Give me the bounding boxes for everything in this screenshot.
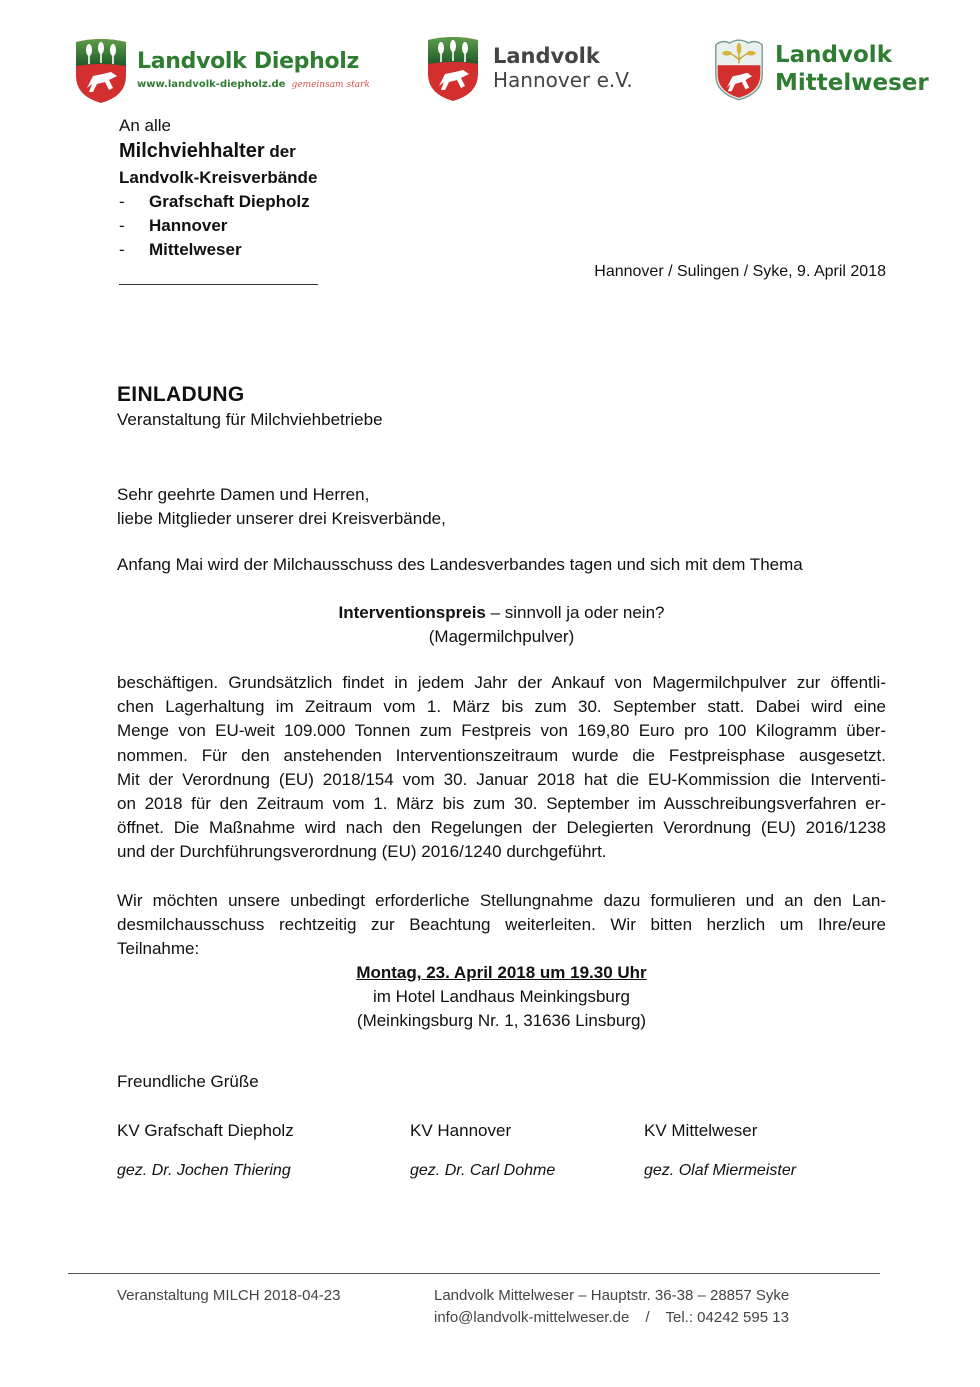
logo-landvolk-mittelweser: Landvolk Mittelweser (713, 37, 929, 101)
recipient-rest: der (265, 142, 296, 161)
shield-horse-wheat-icon (713, 37, 765, 101)
recipient-bold: Milchviehhalter (119, 140, 265, 162)
topic-rest: – sinnvoll ja oder nein? (486, 603, 665, 622)
recipient-line-2: Milchviehhalter der (119, 140, 296, 163)
event-venue: im Hotel Landhaus Meinkingsburg (117, 985, 886, 1009)
recipient-line-3: Landvolk-Kreisverbände (119, 168, 317, 188)
topic-bold: Interventionspreis (339, 603, 486, 622)
logo-title: Landvolk (775, 41, 929, 69)
recipient-group: -Hannover (119, 216, 310, 240)
logo-title: Landvolk Diepholz (137, 49, 370, 74)
recipient-line-1: An alle (119, 116, 171, 136)
logo-url: www.landvolk-diepholz.de (137, 79, 285, 90)
recipient-group: -Mittelweser (119, 240, 310, 264)
closing: Freundliche Grüße (117, 1072, 259, 1092)
logo-subtitle: Hannover e.V. (493, 68, 633, 92)
event-datetime: Montag, 23. April 2018 um 19.30 Uhr (117, 961, 886, 985)
signature-signed: gez. Dr. Jochen Thiering (117, 1162, 291, 1180)
footer-phone: Tel.: 04242 595 13 (666, 1309, 789, 1326)
logo-tagline: gemeinsam stark (291, 80, 369, 90)
footer-address: Landvolk Mittelweser – Hauptstr. 36-38 –… (434, 1285, 789, 1329)
signature-org: KV Mittelweser (644, 1121, 757, 1141)
shield-horse-wheat-icon (425, 34, 481, 102)
topic-block: Interventionspreis – sinnvoll ja oder ne… (117, 601, 886, 649)
logo-title: Landvolk (493, 44, 633, 68)
logo-landvolk-diepholz: Landvolk Diepholz www.landvolk-diepholz.… (73, 36, 370, 104)
dateline: Hannover / Sulingen / Syke, 9. April 201… (594, 263, 886, 281)
footer-reference: Veranstaltung MILCH 2018-04-23 (117, 1285, 340, 1307)
recipient-group: -Grafschaft Diepholz (119, 192, 310, 216)
document-subtitle: Veranstaltung für Milchviehbetriebe (117, 410, 383, 430)
body-paragraph-2: Wir möchten unsere unbedingt erforderlic… (117, 889, 886, 962)
recipient-groups: -Grafschaft Diepholz -Hannover -Mittelwe… (119, 192, 310, 264)
document-title: EINLADUNG (117, 383, 245, 407)
body-paragraph-1: beschäftigen. Grundsätzlich findet in je… (117, 671, 886, 865)
signature-signed: gez. Olaf Miermeister (644, 1162, 796, 1180)
salutation: Sehr geehrte Damen und Herren, liebe Mit… (117, 483, 446, 531)
signature-org: KV Hannover (410, 1121, 511, 1141)
footer-email-link[interactable]: info@landvolk-mittelweser.de (434, 1309, 629, 1326)
address-divider (119, 284, 318, 285)
intro-text: Anfang Mai wird der Milchausschuss des L… (117, 555, 803, 575)
shield-horse-wheat-icon (73, 36, 129, 104)
event-details: Montag, 23. April 2018 um 19.30 Uhr im H… (117, 961, 886, 1033)
signature-org: KV Grafschaft Diepholz (117, 1121, 294, 1141)
logo-subtitle: Mittelweser (775, 69, 929, 97)
event-address: (Meinkingsburg Nr. 1, 31636 Linsburg) (117, 1009, 886, 1033)
topic-sub: (Magermilchpulver) (117, 625, 886, 649)
signature-signed: gez. Dr. Carl Dohme (410, 1162, 555, 1180)
footer-divider (68, 1273, 880, 1274)
logo-landvolk-hannover: Landvolk Hannover e.V. (425, 34, 633, 102)
